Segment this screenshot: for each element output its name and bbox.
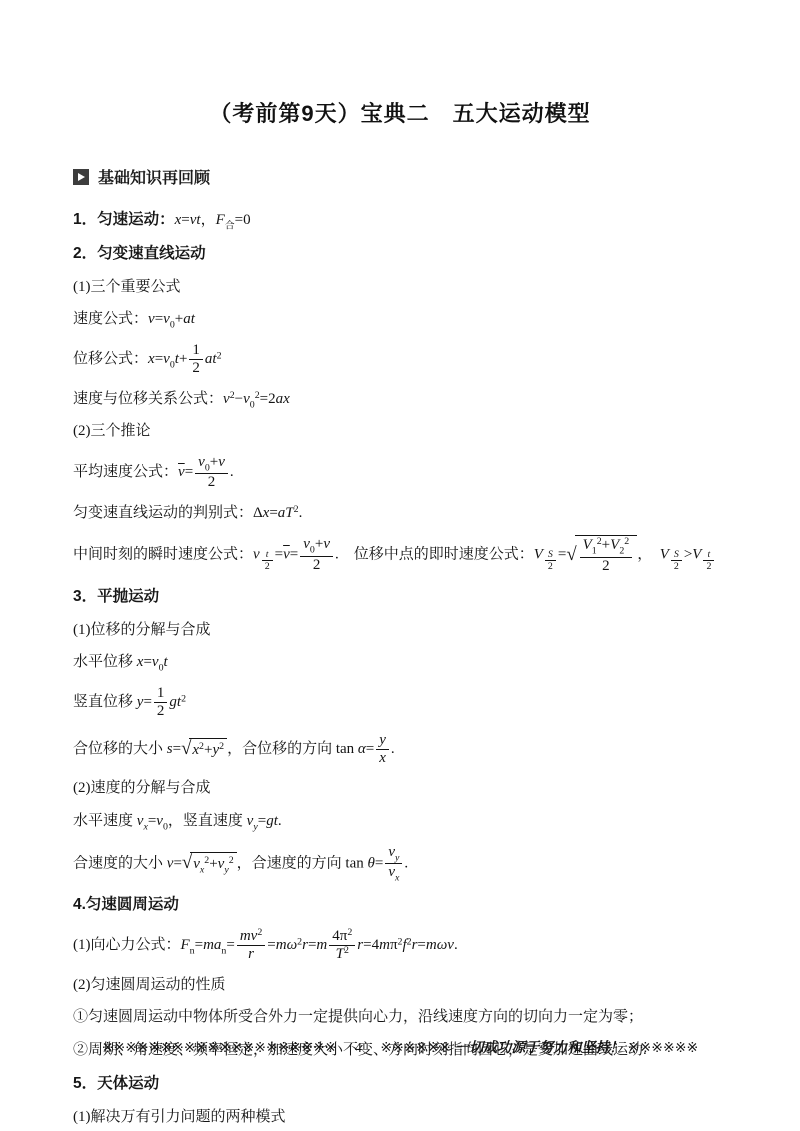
section-banner: 基础知识再回顾 bbox=[73, 165, 738, 188]
content-lines: 1．匀速运动：x=vt，F合=02．匀变速直线运动(1)三个重要公式速度公式：v… bbox=[73, 209, 738, 1128]
document-page: （考前第9天）宝典二 五大运动模型 基础知识再回顾 1．匀速运动：x=vt，F合… bbox=[0, 0, 800, 1131]
page-number: 4 bbox=[355, 1041, 362, 1056]
page-title: （考前第9天）宝典二 五大运动模型 bbox=[0, 0, 800, 128]
line-4-2-properties: (2)匀速圆周运动的性质 bbox=[73, 975, 738, 997]
line-3-1-displacement-decomposition: (1)位移的分解与合成 bbox=[73, 620, 738, 642]
line-1-uniform-motion: 1．匀速运动：x=vt，F合=0 bbox=[73, 209, 738, 232]
formula-centripetal-force: (1)向心力公式：Fn=man=mv2r=mω2r=m4π2T2r=4mπ2f2… bbox=[73, 928, 738, 964]
footer-slogan: 一切成功源于努力和坚持！ bbox=[455, 1041, 623, 1056]
line-3-2-velocity-decomposition: (2)速度的分解与合成 bbox=[73, 778, 738, 800]
heading-4-circular-motion: 4.匀速圆周运动 bbox=[73, 894, 738, 917]
footer-stars-right: ※※※※※※ bbox=[628, 1041, 698, 1056]
formula-displacement: 位移公式：x=v0t+12at2 bbox=[73, 342, 738, 378]
heading-2-uniform-acceleration: 2．匀变速直线运动 bbox=[73, 243, 738, 266]
section-banner-label: 基础知识再回顾 bbox=[98, 165, 210, 188]
line-2-1-three-formulas: (1)三个重要公式 bbox=[73, 277, 738, 299]
footer-stars-left: ※※※※※※※※※※※※※※※※※※※※ bbox=[102, 1041, 337, 1056]
heading-5-celestial-motion: 5．天体运动 bbox=[73, 1073, 738, 1096]
line-2-2-three-corollaries: (2)三个推论 bbox=[73, 421, 738, 443]
heading-3-projectile: 3．平抛运动 bbox=[73, 586, 738, 609]
formula-discriminant: 匀变速直线运动的判别式：Δx=aT2. bbox=[73, 503, 738, 525]
formula-horizontal-displacement: 水平位移 x=v0t bbox=[73, 652, 738, 674]
page-footer: ※※※※※※※※※※※※※※※※※※※※ 4 ※※※※※※ 一切成功源于努力和坚… bbox=[0, 1037, 800, 1057]
line-property-1: ①匀速圆周运动中物体所受合外力一定提供向心力，沿线速度方向的切向力一定为零； bbox=[73, 1007, 738, 1029]
formula-average-velocity: 平均速度公式：v=v0+v2. bbox=[73, 454, 738, 492]
formula-vertical-displacement: 竖直位移 y=12gt2 bbox=[73, 685, 738, 721]
formula-resultant-velocity: 合速度的大小 v=√vx2+vy2，合速度的方向 tan θ=vyvx. bbox=[73, 844, 738, 884]
formula-horizontal-vertical-velocity: 水平速度 vx=v0，竖直速度 vy=gt. bbox=[73, 811, 738, 833]
formula-velocity: 速度公式：v=v0+at bbox=[73, 309, 738, 331]
play-icon bbox=[73, 169, 89, 185]
formula-resultant-displacement: 合位移的大小 s=√x2+y2，合位移的方向 tan α=yx. bbox=[73, 732, 738, 768]
line-5-1-two-models: (1)解决万有引力问题的两种模式 bbox=[73, 1107, 738, 1129]
content-area: 基础知识再回顾 1．匀速运动：x=vt，F合=02．匀变速直线运动(1)三个重要… bbox=[0, 165, 800, 1128]
footer-stars-mid: ※※※※※※ bbox=[380, 1041, 450, 1056]
formula-midtime-velocity: 中间时刻的瞬时速度公式：vt2=v=v0+v2. 位移中点的即时速度公式：VS2… bbox=[73, 535, 738, 575]
formula-velocity-displacement: 速度与位移关系公式：v2−v02=2ax bbox=[73, 389, 738, 411]
